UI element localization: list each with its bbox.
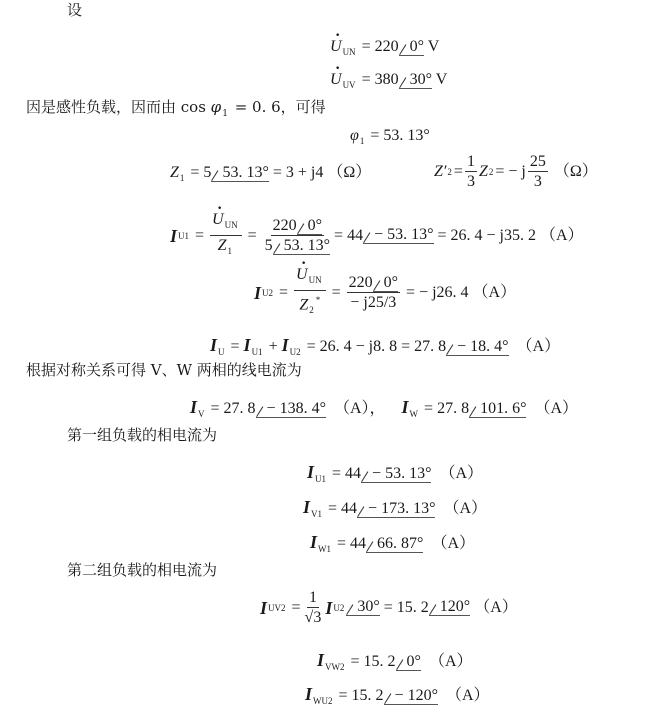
symmetry-text: 根据对称关系可得 V、W 两相的线电流为 — [26, 360, 302, 380]
phasor-symbol: U — [330, 37, 342, 57]
angle-value: 0° — [396, 654, 421, 671]
equation-i-uv2: IUV2 = 1√3 IU230° = 15. 2120° （A） — [260, 588, 518, 627]
angle-value: − 18. 4° — [446, 339, 508, 356]
angle-value: 66. 87° — [366, 536, 423, 553]
equation-u-un: UUN = 2200° V — [330, 37, 439, 62]
equation-i-u: IU = IU1 + IU2 = 26. 4 − j8. 8 = 27. 8− … — [210, 335, 560, 362]
fraction: 2200° − j25/3 — [347, 273, 400, 312]
fraction: 253 — [528, 152, 548, 191]
fraction: 1√3 — [303, 588, 324, 627]
group2-title: 第二组负载的相电流为 — [67, 560, 217, 580]
angle-value: − 173. 13° — [357, 501, 435, 518]
equation-i-u1: IU1 = UUN Z1 = 2200° 553. 13° = 44− 53. … — [170, 210, 584, 261]
angle-value: 53. 13° — [211, 165, 268, 182]
angle-value: 30° — [399, 72, 432, 89]
equation-i-u2: IU2 = UUN Z2* = 2200° − j25/3 = − j26. 4… — [254, 265, 516, 320]
fraction: 2200° 553. 13° — [263, 216, 332, 255]
intro-text: 设 — [67, 0, 82, 20]
angle-value: − 138. 4° — [256, 401, 326, 418]
angle-value: 30° — [346, 599, 379, 616]
equation-i-w1-phase: IW1 = 4466. 87° （A） — [310, 532, 475, 559]
group1-title: 第一组负载的相电流为 — [67, 425, 217, 445]
fraction: UUN Z1 — [210, 210, 242, 261]
equation-z2-prime: Z′2 = 13 Z2 = − j 253 （Ω） — [434, 152, 598, 191]
equation-i-vw2: IVW2 = 15. 20° （A） — [317, 650, 473, 677]
phasor-symbol: U — [330, 70, 342, 90]
equation-phi1: φ1 = 53. 13° — [350, 126, 430, 151]
fraction: UUN Z2* — [294, 265, 326, 320]
equation-u-uv: UUV = 38030° V — [330, 70, 447, 95]
angle-value: 120° — [429, 599, 470, 616]
angle-value: − 53. 13° — [361, 466, 431, 483]
reason-text: 因是感性负载，因而由 cos φ1 = 0. 6，可得 — [26, 97, 326, 124]
angle-value: − 120° — [384, 688, 438, 705]
equation-i-v-i-w: IV = 27. 8− 138. 4° （A）， IW = 27. 8101. … — [190, 397, 578, 424]
angle-value: 0° — [399, 39, 424, 56]
angle-value: 101. 6° — [469, 401, 526, 418]
equation-i-v1-phase: IV1 = 44− 173. 13° （A） — [303, 497, 487, 524]
equation-i-wu2: IWU2 = 15. 2− 120° （A） — [305, 684, 490, 709]
equation-z1: Z1 = 553. 13° = 3 + j4 （Ω） — [170, 163, 371, 188]
fraction: 13 — [465, 152, 477, 191]
angle-value: − 53. 13° — [363, 227, 433, 244]
equation-i-u1-phase: IU1 = 44− 53. 13° （A） — [307, 462, 483, 489]
